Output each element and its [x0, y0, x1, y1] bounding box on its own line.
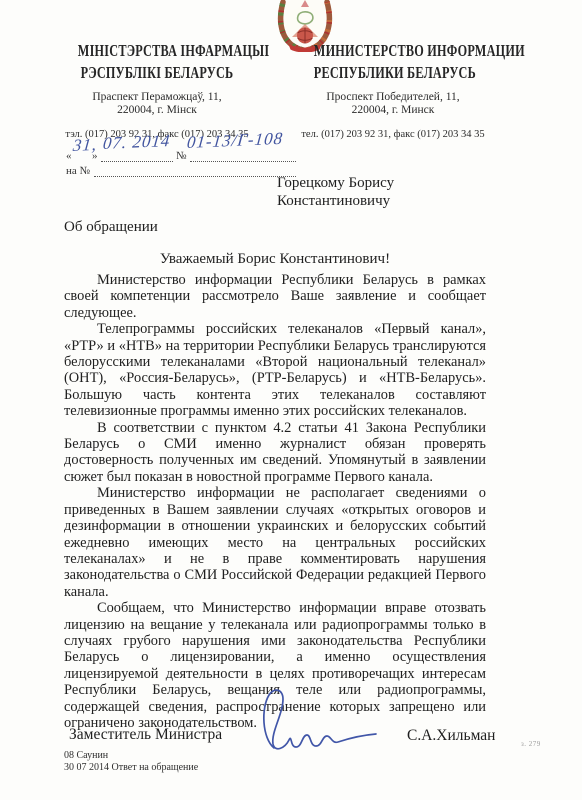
handwritten-date-day: 31, — [72, 135, 98, 156]
address-ru-line2: 220004, г. Минск — [283, 104, 503, 117]
recipient-block: Горецкому Борису Константиновичу — [277, 175, 394, 210]
subject-line: Об обращении — [64, 219, 158, 236]
letter-page: МІНІСТЭРСТВА ІНФАРМАЦЫІ РЭСПУБЛІКІ БЕЛАР… — [0, 0, 582, 800]
header-left-belarusian: МІНІСТЭРСТВА ІНФАРМАЦЫІ РЭСПУБЛІКІ БЕЛАР… — [47, 40, 267, 140]
ministry-title-ru-line1: МИНИСТЕРСТВО ИНФОРМАЦИИ — [314, 40, 472, 62]
address-ru: Проспект Победителей, 11, 220004, г. Мин… — [283, 91, 503, 117]
address-by-line1: Праспект Пераможцаў, 11, — [47, 91, 267, 104]
ref-open-quote: « — [66, 150, 72, 162]
ministry-title-ru-line2: РЕСПУБЛИКИ БЕЛАРУСЬ — [314, 62, 472, 84]
ministry-title-by-line1: МІНІСТЭРСТВА ІНФАРМАЦЫІ — [78, 40, 236, 62]
footer-notes: 08 Саунин 30 07 2014 Ответ на обращение — [64, 750, 198, 774]
address-by-line2: 220004, г. Мінск — [47, 104, 267, 117]
ref-reply-leader-line — [94, 166, 296, 177]
handwritten-outgoing-number: 01-13/Г-108 — [186, 129, 284, 153]
ministry-title-by-line2: РЭСПУБЛІКІ БЕЛАРУСЬ — [78, 62, 236, 84]
recipient-line1: Горецкому Борису — [277, 175, 394, 193]
print-code: з. 279 — [521, 740, 541, 748]
body-paragraph-3: В соответствии с пунктом 4.2 статьи 41 З… — [64, 420, 486, 486]
response-note-line: 30 07 2014 Ответ на обращение — [64, 762, 198, 774]
executor-line: 08 Саунин — [64, 750, 198, 762]
signer-position-title: Заместитель Министра — [69, 726, 222, 744]
header-right-russian: МИНИСТЕРСТВО ИНФОРМАЦИИ РЕСПУБЛИКИ БЕЛАР… — [283, 40, 503, 140]
ref-reply-label: на № — [66, 165, 90, 177]
handwritten-date-month-year: 07. 2014 — [102, 131, 171, 154]
recipient-line2: Константиновичу — [277, 193, 394, 211]
signer-name: С.А.Хильман — [407, 727, 495, 745]
body-paragraph-1: Министерство информации Республики Белар… — [64, 272, 486, 321]
phone-ru: тел. (017) 203 92 31, факс (017) 203 34 … — [283, 129, 503, 140]
address-ru-line1: Проспект Победителей, 11, — [283, 91, 503, 104]
ref-number-leader-line — [190, 151, 296, 162]
address-by: Праспект Пераможцаў, 11, 220004, г. Мінс… — [47, 91, 267, 117]
body-paragraph-4: Министерство информации не располагает с… — [64, 485, 486, 600]
handwritten-signature-icon — [258, 684, 383, 760]
body-paragraph-2: Телепрограммы российских телеканалов «Пе… — [64, 321, 486, 419]
salutation: Уважаемый Борис Константинович! — [64, 251, 486, 268]
letter-body: Министерство информации Республики Белар… — [64, 272, 486, 731]
ref-number-sign: № — [176, 150, 187, 162]
